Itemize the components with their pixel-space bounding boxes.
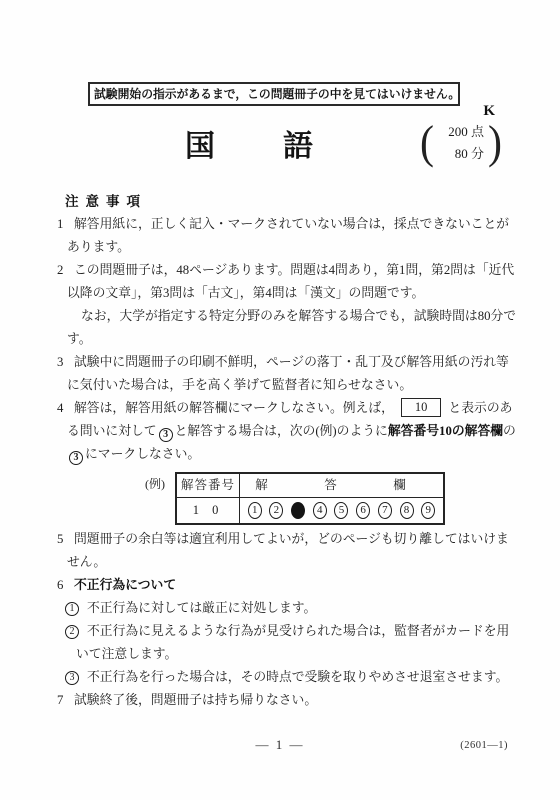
note-item-7: 7 試験終了後，問題冊子は持ち帰りなさい。 — [57, 689, 519, 712]
left-parenthesis: ( — [420, 119, 434, 166]
note-item-6: 6 不正行為について — [57, 574, 519, 597]
exam-title-char2: 語 — [283, 131, 313, 163]
circled-3-icon: 3 — [159, 428, 173, 442]
circled-2-icon: 2 — [65, 625, 79, 639]
item-4-bold-text: 解答番号10の解答欄 — [388, 424, 503, 438]
answer-mark-icon: 4 — [313, 502, 327, 519]
mark-example: (例) 解答番号 解 答 欄 1 0 12456789 — [145, 471, 519, 525]
note-item-2: 2 この問題冊子は，48ページあります。問題は4問あり，第1問，第2問は「近代以… — [57, 259, 519, 305]
exam-title-char1: 国 — [185, 131, 215, 163]
note-item-2-supplement: なお，大学が指定する特定分野のみを解答する場合でも，試験時間は80分です。 — [57, 305, 519, 351]
precautions-section: 注意事項 1 解答用紙に，正しく記入・マークされていない場合は，採点できないこと… — [57, 190, 519, 712]
answer-number-cell: 1 0 — [176, 498, 240, 525]
score-and-duration: ( 200 点 80 分 ) — [420, 121, 502, 165]
answer-mark-icon: 8 — [400, 502, 414, 519]
answer-number-box: 10 — [401, 398, 442, 417]
note-item-6-sub-2: 2 不正行為に見えるような行為が見受けられた場合は，監督者がカードを用いて注意し… — [57, 620, 519, 666]
item-7-number: 7 — [57, 689, 63, 712]
item-4-text-3: と解答する場合は，次の(例)のように — [175, 424, 388, 438]
exam-duration: 80 分 — [455, 143, 484, 165]
item-7-text: 試験終了後，問題冊子は持ち帰りなさい。 — [74, 693, 317, 707]
sub-2-text: 不正行為に見えるような行為が見受けられた場合は，監督者がカードを用いて注意します… — [76, 624, 509, 661]
answer-mark-icon: 2 — [269, 502, 283, 519]
answer-number-header: 解答番号 — [176, 473, 240, 498]
item-1-text: 解答用紙に，正しく記入・マークされていない場合は，採点できないことがあります。 — [67, 217, 509, 254]
booklet-form-code: (2601—1) — [460, 740, 508, 751]
note-item-6-sub-3: 3 不正行為を行った場合は，その時点で受験を取りやめさせ退室させます。 — [57, 666, 519, 689]
note-item-4: 4 解答は，解答用紙の解答欄にマークしなさい。例えば，10と表示のある問いに対し… — [57, 397, 519, 466]
right-parenthesis: ) — [488, 119, 502, 166]
precautions-heading: 注意事項 — [65, 190, 519, 213]
table-data-row: 1 0 12456789 — [176, 498, 444, 525]
pre-exam-notice: 試験開始の指示があるまで，この問題冊子の中を見てはいけません。 — [88, 82, 460, 106]
answer-sheet-example-table: 解答番号 解 答 欄 1 0 12456789 — [175, 472, 445, 525]
item-5-number: 5 — [57, 528, 63, 551]
example-label: (例) — [145, 474, 165, 494]
answer-mark-icon: 6 — [356, 502, 370, 519]
item-4-text-4: の — [503, 424, 516, 438]
note-item-3: 3 試験中に問題冊子の印刷不鮮明，ページの落丁・乱丁及び解答用紙の汚れ等に気付い… — [57, 351, 519, 397]
item-4-text-5: にマークしなさい。 — [85, 447, 200, 461]
item-5-text: 問題冊子の余白等は適宜利用してよいが，どのページも切り離してはいけません。 — [67, 532, 509, 569]
circled-1-icon: 1 — [65, 602, 79, 616]
item-1-number: 1 — [57, 213, 63, 236]
item-4-number: 4 — [57, 397, 63, 420]
table-header-row: 解答番号 解 答 欄 — [176, 473, 444, 498]
item-3-text: 試験中に問題冊子の印刷不鮮明，ページの落丁・乱丁及び解答用紙の汚れ等に気付いた場… — [67, 355, 509, 392]
exam-cover-page: 試験開始の指示があるまで，この問題冊子の中を見てはいけません。 K 国 語 ( … — [0, 0, 560, 800]
answer-marks: 12456789 — [240, 498, 443, 523]
exam-title: 国 語 — [185, 131, 313, 163]
item-6-heading: 不正行為について — [74, 578, 176, 592]
circled-3-icon: 3 — [65, 671, 79, 685]
item-4-text-1: 解答は，解答用紙の解答欄にマークしなさい。例えば， — [74, 401, 394, 415]
sub-3-text: 不正行為を行った場合は，その時点で受験を取りやめさせ退室させます。 — [87, 670, 508, 684]
answer-marks-cell: 12456789 — [240, 498, 445, 525]
answer-mark-icon: 7 — [378, 502, 392, 519]
sub-1-text: 不正行為に対しては厳正に対処します。 — [87, 601, 316, 615]
filled-mark-icon — [291, 502, 305, 519]
score-lines: 200 点 80 分 — [434, 121, 488, 165]
note-item-5: 5 問題冊子の余白等は適宜利用してよいが，どのページも切り離してはいけません。 — [57, 528, 519, 574]
item-2-number: 2 — [57, 259, 63, 282]
answer-mark-icon: 9 — [421, 502, 435, 519]
answer-mark-icon: 5 — [334, 502, 348, 519]
note-item-6-sub-1: 1 不正行為に対しては厳正に対処します。 — [57, 597, 519, 620]
note-item-1: 1 解答用紙に，正しく記入・マークされていない場合は，採点できないことがあります… — [57, 213, 519, 259]
item-2-text: この問題冊子は，48ページあります。問題は4問あり，第1問，第2問は「近代以降の… — [67, 263, 514, 300]
item-6-number: 6 — [57, 574, 63, 597]
answer-field-header: 解 答 欄 — [240, 473, 445, 498]
total-points: 200 点 — [448, 121, 484, 143]
answer-mark-icon: 1 — [248, 502, 262, 519]
item-3-number: 3 — [57, 351, 63, 374]
circled-3-icon: 3 — [69, 451, 83, 465]
